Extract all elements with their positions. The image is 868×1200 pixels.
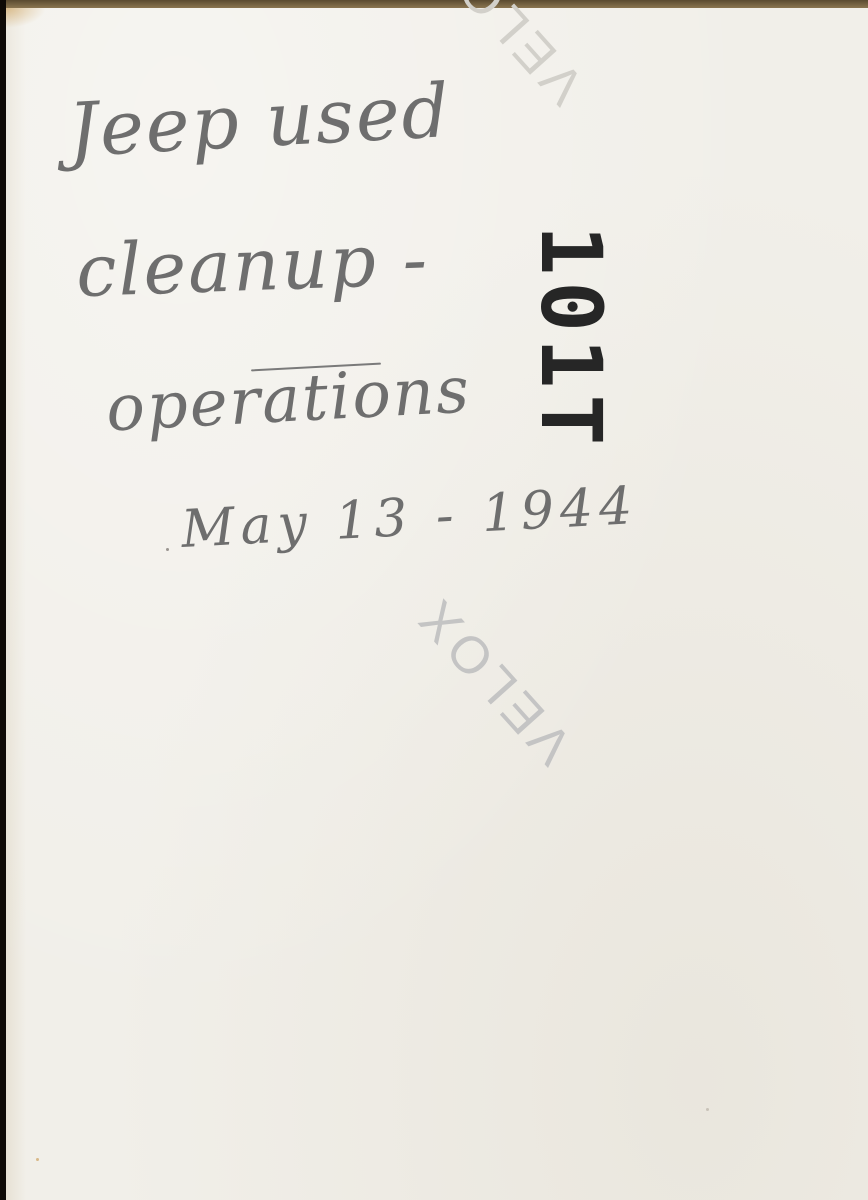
caption-date: May 13 - 1944 xyxy=(180,476,640,560)
caption-line-1: Jeep used xyxy=(66,68,453,174)
speck xyxy=(166,548,169,551)
speck xyxy=(706,1108,709,1111)
caption-line-2: cleanup - xyxy=(75,217,431,313)
scan-frame: VELOX VELOX Jeep used cleanup - operatio… xyxy=(0,0,868,1200)
watermark-velox: VELOX xyxy=(404,584,585,775)
speck xyxy=(36,1158,39,1161)
corner-stain xyxy=(6,8,46,28)
photo-back-card: VELOX VELOX Jeep used cleanup - operatio… xyxy=(6,8,868,1200)
caption-line-3: operations xyxy=(104,354,472,447)
scan-top-edge xyxy=(0,0,868,8)
stamp-code: 101T xyxy=(522,225,620,451)
